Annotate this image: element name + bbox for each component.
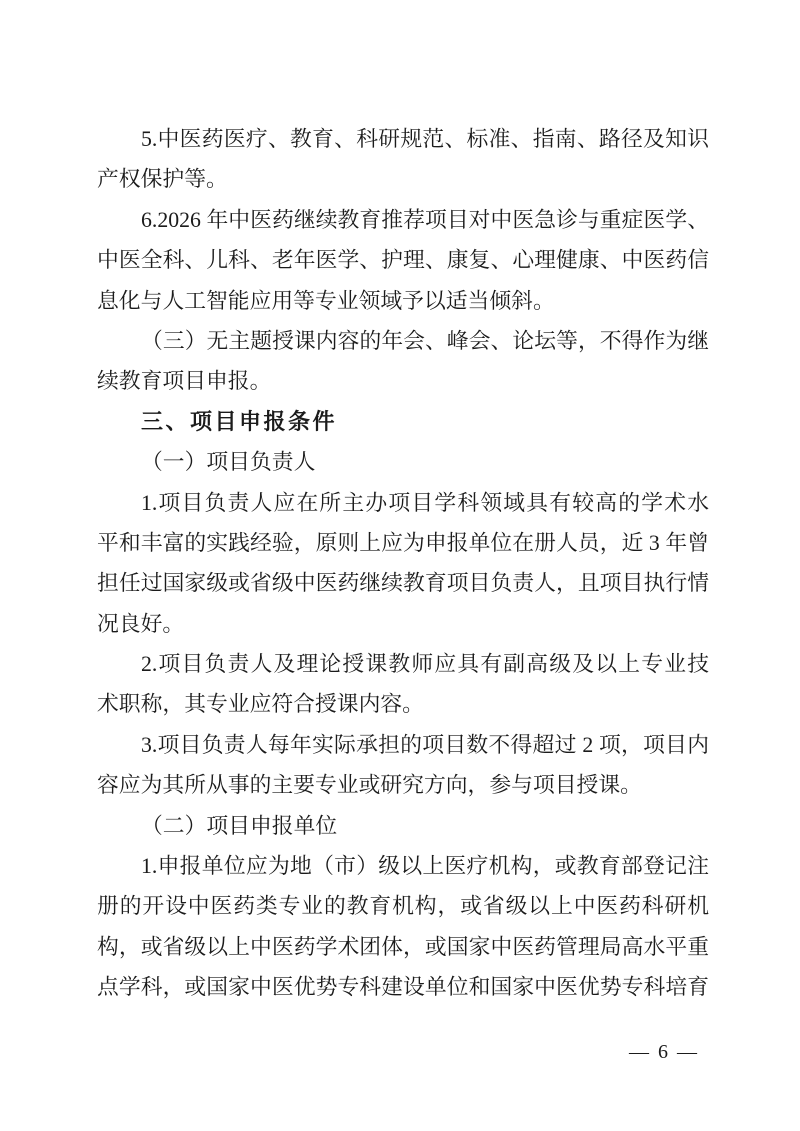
text-line: 1.项目负责人应在所主办项目学科领域具有较高的学术水 (97, 483, 709, 523)
text-line: 5.中医药医疗、教育、科研规范、标准、指南、路径及知识 (97, 119, 709, 159)
text-line: 产权保护等。 (97, 159, 709, 199)
text-line: 1.申报单位应为地（市）级以上医疗机构，或教育部登记注 (97, 846, 709, 886)
text-line: 容应为其所从事的主要专业或研究方向，参与项目授课。 (97, 765, 709, 805)
page-number: — 6 — (629, 1040, 699, 1064)
section-heading: 三、项目申报条件 (97, 402, 709, 442)
text-line: （一）项目负责人 (97, 442, 709, 482)
text-line: 6.2026 年中医药继续教育推荐项目对中医急诊与重症医学、 (97, 200, 709, 240)
document-body: 5.中医药医疗、教育、科研规范、标准、指南、路径及知识产权保护等。6.2026 … (97, 119, 709, 1008)
text-line: 2.项目负责人及理论授课教师应具有副高级及以上专业技 (97, 644, 709, 684)
text-line: 续教育项目申报。 (97, 361, 709, 401)
text-line: 册的开设中医药类专业的教育机构，或省级以上中医药科研机 (97, 886, 709, 926)
text-line: 中医全科、儿科、老年医学、护理、康复、心理健康、中医药信 (97, 240, 709, 280)
text-line: （二）项目申报单位 (97, 806, 709, 846)
text-line: 构，或省级以上中医药学术团体，或国家中医药管理局高水平重 (97, 927, 709, 967)
text-line: （三）无主题授课内容的年会、峰会、论坛等，不得作为继 (97, 321, 709, 361)
document-page: 5.中医药医疗、教育、科研规范、标准、指南、路径及知识产权保护等。6.2026 … (0, 0, 800, 1131)
text-line: 况良好。 (97, 604, 709, 644)
text-line: 息化与人工智能应用等专业领域予以适当倾斜。 (97, 281, 709, 321)
text-line: 担任过国家级或省级中医药继续教育项目负责人，且项目执行情 (97, 563, 709, 603)
text-line: 术职称，其专业应符合授课内容。 (97, 684, 709, 724)
text-line: 平和丰富的实践经验，原则上应为申报单位在册人员，近 3 年曾 (97, 523, 709, 563)
text-line: 3.项目负责人每年实际承担的项目数不得超过 2 项，项目内 (97, 725, 709, 765)
text-line: 点学科，或国家中医优势专科建设单位和国家中医优势专科培育 (97, 967, 709, 1007)
